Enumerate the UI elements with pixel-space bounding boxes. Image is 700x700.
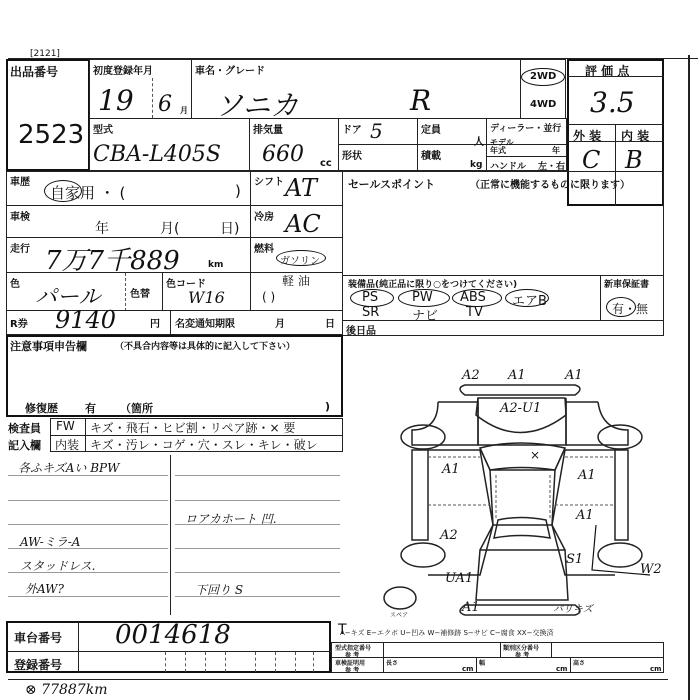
mileage-value: 7万7千889 [45,240,180,277]
damage-mark: A1 [508,368,526,383]
dealer-label: ディーラー・並行 [490,121,561,134]
inspection-label: 車検 [10,208,30,223]
registration-label: 登録番号 [14,656,62,673]
sales-point-label: セールスポイント [348,176,435,192]
first-reg-month: 6 [158,92,172,117]
gasoline-circle [276,250,326,266]
model-code-label: 型式 [93,121,113,136]
remark-right-3: ロアカホート 凹. [185,510,277,527]
shift-value: AT [285,174,317,202]
remark-left-6: 外AW? [25,580,64,597]
spare-label: スペア [390,610,408,619]
remark-left-5: スタッドレス. [20,557,95,574]
doors-value: 5 [370,119,383,143]
load-label: 積載 [421,147,441,162]
aircon-label: 冷房 [254,208,274,223]
damage-mark: A1 [578,468,596,483]
damage-mark: × [530,448,540,462]
name-change-label: 名変通知期限 [175,315,235,330]
history-label: 車歴 [10,173,30,188]
color-change-label: 色替 [130,285,150,300]
remark-right-6: 下回り S [195,581,243,598]
displacement-label: 排気量 [253,121,283,136]
damage-mark: A1 [442,462,460,477]
doors-label: ドア [342,121,362,136]
bottom-mileage-note: ⊗ 77887km [25,682,107,698]
fw-items: キズ・飛石・ヒビ割・リペア跡・× 要 [90,419,295,436]
capacity-label: 定員 [421,121,441,136]
repair-history-label: 修復歴 [25,400,58,416]
score-value: 3.5 [590,86,635,119]
recycle-value: 9140 [55,306,116,334]
inspector-label: 検査員 [8,420,41,436]
color-label: 色 [10,275,20,290]
drive-2wd: 2WD [530,71,556,82]
damage-mark: A1 [565,368,583,383]
private-use-circle [44,180,82,202]
remark-left-4: AW-ミラ-A [20,533,80,550]
shift-label: シフト [254,173,284,188]
interior-items: キズ・汚レ・コゲ・穴・スレ・キレ・破レ [90,436,318,453]
fuel-label: 燃料 [254,240,274,255]
repair-history-value: 有 [85,400,96,416]
chassis-number: 0014618 [115,620,231,650]
color-code: W16 [188,288,225,307]
first-reg-label: 初度登録年月 [93,62,153,77]
lot-number: 2523 [18,120,84,150]
damage-mark: A2-U1 [500,401,541,416]
exterior-value: C [582,146,600,174]
mileage-label: 走行 [10,240,30,255]
damage-mark: W2 [640,562,662,577]
interior-value: B [625,146,643,174]
damage-mark: S1 [566,552,583,567]
notes-label: 注意事項申告欄 [10,338,87,354]
damage-mark: UA1 [445,571,473,586]
damage-mark: パリキズ [553,600,593,615]
damage-legend: A−キズ E−エクボ U−凹み W−補修跡 S−サビ C−腐食 XX−交換済 [340,628,553,638]
car-damage-diagram [370,360,700,620]
car-name-label: 車名・グレード [195,62,265,77]
shape-label: 形状 [342,147,362,162]
car-grade: R [410,84,431,117]
model-code: CBA-L405S [93,142,221,167]
first-reg-year: 19 [98,84,134,117]
displacement: 660 [262,142,304,167]
chassis-label: 車台番号 [14,629,62,646]
damage-mark: A2 [440,528,458,543]
equip-sr: SR [362,305,379,320]
damage-mark: A1 [462,600,480,615]
damage-mark: A1 [576,508,594,523]
later-items-label: 後日品 [346,322,376,337]
equip-tv: TV [466,305,483,320]
warranty-label: 新車保証書 [604,277,649,290]
aircon-value: AC [285,210,321,238]
lot-label: 出品番号 [10,63,58,80]
damage-mark: A2 [462,368,480,383]
remark-left-1: 各ふキズAい BPW [18,459,119,476]
recycle-label: R券 [10,315,28,330]
drive-4wd: 4WD [530,99,556,110]
